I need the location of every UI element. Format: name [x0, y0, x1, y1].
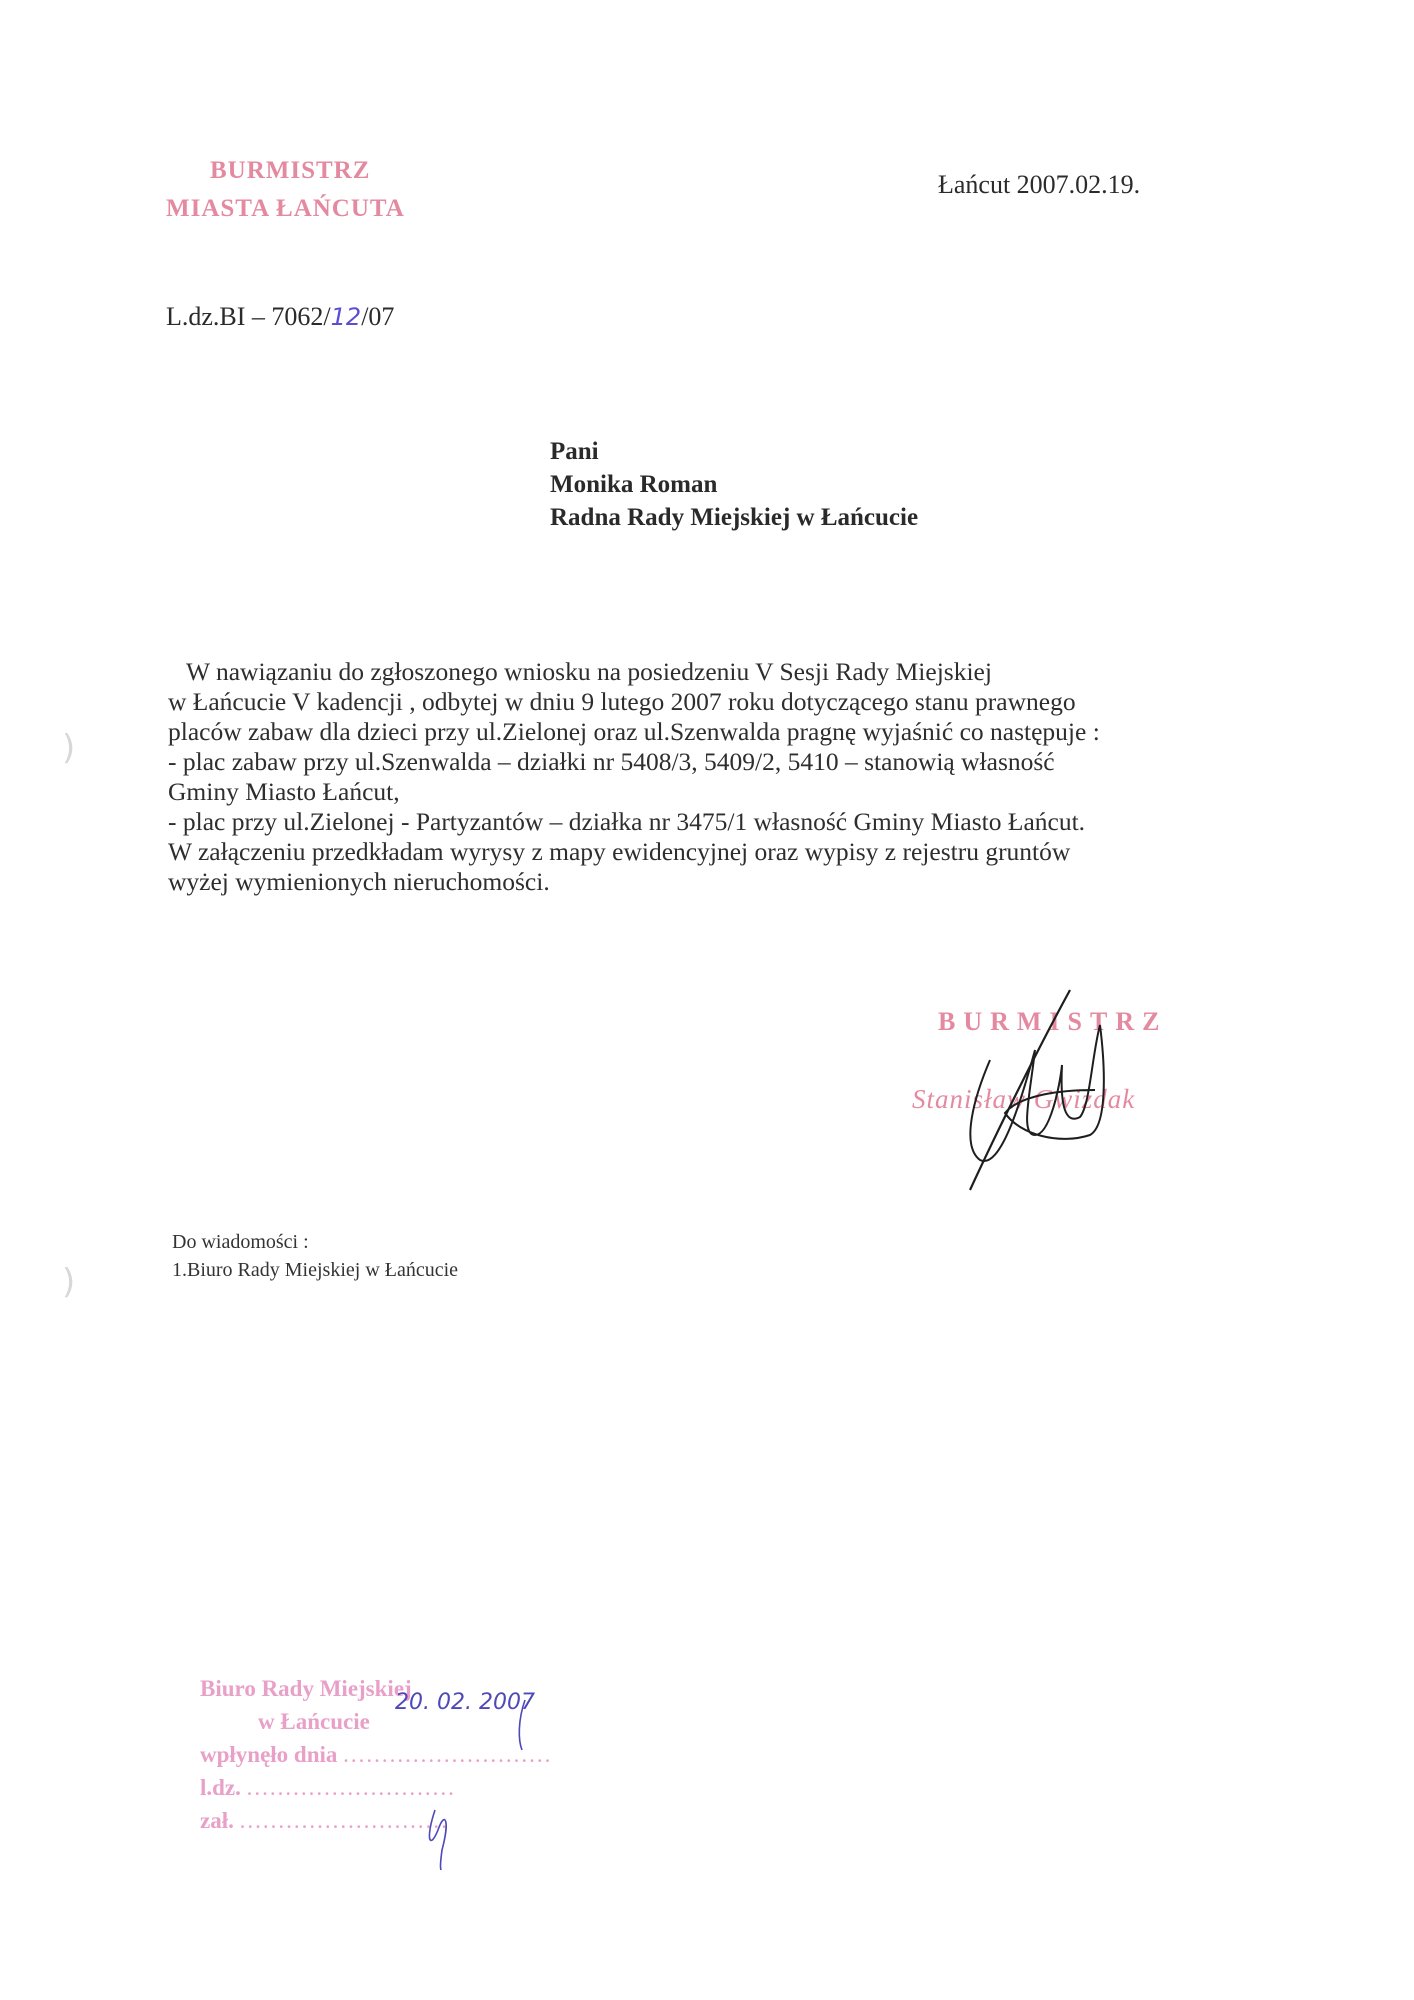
addressee-block: Pani Monika Roman Radna Rady Miejskiej w… — [550, 435, 918, 534]
addressee-salutation: Pani — [550, 435, 918, 468]
ldz-label: l.dz. — [200, 1775, 241, 1800]
addressee-name: Monika Roman — [550, 468, 918, 501]
header-stamp-line1: BURMISTRZ — [166, 152, 405, 190]
body-line: W nawiązaniu do zgłoszonego wniosku na p… — [168, 657, 1258, 687]
body-line: Gminy Miasto Łańcut, — [168, 777, 1258, 807]
zal-label: zał. — [200, 1808, 234, 1833]
received-label: wpłynęło dnia — [200, 1742, 337, 1767]
body-line: placów zabaw dla dzieci przy ul.Zielonej… — [168, 717, 1258, 747]
addressee-title: Radna Rady Miejskiej w Łańcucie — [550, 501, 918, 534]
margin-punch-mark: ) — [62, 1262, 75, 1302]
cc-block: Do wiadomości : 1.Biuro Rady Miejskiej w… — [172, 1228, 458, 1284]
received-initials-icon — [400, 1690, 550, 1870]
reference-number: L.dz.BI – 7062/12/07 — [166, 302, 394, 332]
cc-item: 1.Biuro Rady Miejskiej w Łańcucie — [172, 1256, 458, 1284]
reference-suffix: /07 — [361, 302, 394, 331]
handwritten-signature-icon — [940, 985, 1140, 1205]
body-line: w Łańcucie V kadencji , odbytej w dniu 9… — [168, 687, 1258, 717]
body-line: wyżej wymienionych nieruchomości. — [168, 867, 1258, 897]
cc-label: Do wiadomości : — [172, 1228, 458, 1256]
body-line: - plac przy ul.Zielonej - Partyzantów – … — [168, 807, 1258, 837]
margin-punch-mark: ) — [62, 728, 75, 768]
header-stamp: BURMISTRZ MIASTA ŁAŃCUTA — [166, 152, 405, 228]
body-line: W załączeniu przedkładam wyrysy z mapy e… — [168, 837, 1258, 867]
reference-handwritten-number: 12 — [331, 303, 362, 331]
reference-prefix: L.dz.BI – 7062/ — [166, 302, 331, 331]
header-stamp-line2: MIASTA ŁAŃCUTA — [166, 190, 405, 228]
document-date: Łańcut 2007.02.19. — [938, 170, 1140, 200]
body-line: - plac zabaw przy ul.Szenwalda – działki… — [168, 747, 1258, 777]
letter-body: W nawiązaniu do zgłoszonego wniosku na p… — [168, 657, 1258, 897]
